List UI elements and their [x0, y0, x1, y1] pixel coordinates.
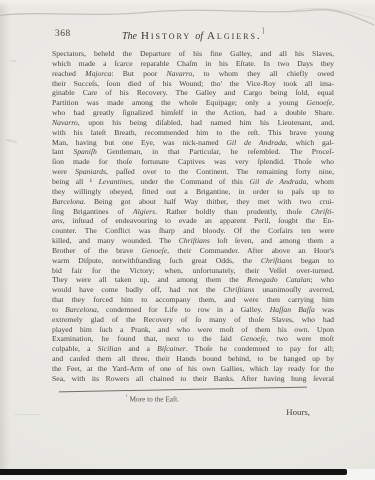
text-line: with his lateſt Breath, recommended him …	[52, 128, 334, 138]
roman-text: , inſtead of endeavouring to evade an ap…	[63, 216, 334, 225]
roman-text: ſion made for thoſe fortunate Captives w…	[52, 157, 334, 166]
running-title-the: The	[122, 31, 137, 42]
italic-text: Chriſtians	[223, 285, 254, 294]
text-line: Barcelona. Being got about half Way thit…	[52, 197, 334, 207]
roman-text: and cauſed them all three, their Hands b…	[52, 354, 334, 363]
italic-text: Barcelona	[52, 197, 84, 206]
roman-text: ginable Care of his Recovery. The Galley…	[52, 88, 334, 97]
scan-bottom-margin	[0, 469, 375, 480]
footnote-marker: ¹	[126, 394, 128, 400]
roman-text: Examination, he found that, next to the …	[52, 334, 240, 343]
roman-text: Gentleman, in that Particular, he reſemb…	[97, 147, 334, 156]
roman-text: : But poor	[111, 69, 166, 78]
text-line: the Feet, at the Yard-Arm of one of his …	[52, 364, 334, 374]
roman-text: unanimouſly averred,	[254, 285, 334, 294]
text-line: that they forced him to accompany them, …	[52, 295, 334, 305]
roman-text: , their Commander. After above an Hour's	[167, 246, 334, 255]
roman-text: , whom	[306, 177, 334, 186]
italic-text: Spaniſh	[73, 147, 97, 156]
italic-text: Sicilian	[98, 344, 122, 353]
text-line: Spectators, beheld the Departure of his …	[52, 49, 334, 59]
italic-text: Algiers	[133, 207, 155, 216]
roman-text: , under the Command of this	[132, 177, 249, 186]
running-title-of: of	[195, 31, 203, 42]
roman-text: Partition was made among the whole Equip…	[52, 98, 306, 107]
text-line: killed, and many wounded. The Chriſtians…	[52, 236, 334, 246]
text-line: ginable Care of his Recovery. The Galley…	[52, 88, 334, 98]
roman-text: They were all taken up, and among them t…	[52, 275, 247, 284]
roman-text: which made a ſcarce reparable Chaſm in h…	[52, 59, 334, 68]
body-text: Spectators, beheld the Departure of his …	[52, 49, 334, 384]
text-line: bid fair for the Victory; when, unfortun…	[52, 266, 334, 276]
scan-edge-bar	[0, 469, 347, 475]
roman-text: ,	[332, 98, 334, 107]
italic-text: Navarro	[167, 69, 193, 78]
roman-text: bid fair for the Victory; when, unfortun…	[52, 266, 334, 275]
text-line: Partition was made among the whole Equip…	[52, 98, 334, 108]
italic-text: Chriſtians	[261, 256, 292, 265]
roman-text: the Feet, at the Yard-Arm of one of his …	[52, 364, 334, 373]
roman-text: with his lateſt Breath, recommended him …	[52, 128, 334, 137]
scan-smudge	[10, 60, 16, 62]
text-line: extremely glad of the Recovery of ſo man…	[52, 315, 334, 325]
italic-text: Levantines	[99, 177, 132, 186]
roman-text: played him ſuch a Prank, and who were mo…	[52, 325, 334, 334]
text-line: Brother of the brave Genoeſe, their Comm…	[52, 246, 334, 256]
roman-text: ſing Brigantines of	[52, 207, 133, 216]
roman-text: their Succeſs, ſoon died of his Wound; t…	[52, 79, 334, 88]
roman-text: , paſſed over to the Continent. The rema…	[106, 167, 334, 176]
catchword: Hours,	[240, 407, 310, 417]
text-line: ſing Brigantines of Algiers. Rather bold…	[52, 207, 334, 217]
roman-text: were	[52, 167, 75, 176]
roman-text: , upon his being diſabled, had named him…	[78, 118, 334, 127]
text-line: ſion made for thoſe fortunate Captives w…	[52, 157, 334, 167]
italic-text: Barcelona	[65, 305, 97, 314]
roman-text: extremely glad of the Recovery of ſo man…	[52, 315, 334, 324]
roman-text: they willingly obeyed, fitted out a Brig…	[52, 187, 334, 196]
roman-text: . Rather boldly than prudently, thoſe	[155, 207, 311, 216]
roman-text: began to	[292, 256, 334, 265]
text-line: culpable, a Sicilian and a Biſcainer. Th…	[52, 344, 334, 354]
roman-text: , condemned for Life to row in a Galley.	[97, 305, 270, 314]
roman-text: to	[52, 305, 65, 314]
text-line: who had greatly ſignalized himſelf in th…	[52, 108, 334, 118]
roman-text: . Thoſe he condemned to pay for all;	[186, 344, 334, 353]
text-line: and cauſed them all three, their Hands b…	[52, 354, 334, 364]
italic-text: Spaniards	[75, 167, 106, 176]
roman-text: Spectators, beheld the Departure of his …	[52, 49, 334, 58]
roman-text: reached	[52, 69, 85, 78]
roman-text: would have come badly off, had not the	[52, 285, 223, 294]
text-line: to Barcelona, condemned for Life to row …	[52, 305, 334, 315]
roman-text: loſt ſeven, and among them a	[210, 236, 334, 245]
page-edge-curl	[0, 0, 375, 32]
text-line: played him ſuch a Prank, and who were mo…	[52, 325, 334, 335]
roman-text: , which gal-	[286, 138, 334, 147]
italic-text: Chriſti-	[311, 207, 334, 216]
roman-text: Man, having but one Eye, was nick-named	[52, 138, 226, 147]
text-line: Man, having but one Eye, was nick-named …	[52, 138, 334, 148]
text-line: Sea, with its Rowers all chained to thei…	[52, 374, 334, 384]
text-line: were Spaniards, paſſed over to the Conti…	[52, 167, 334, 177]
text-line: warm Diſpute, notwithſtanding ſuch great…	[52, 256, 334, 266]
italic-text: ans	[52, 216, 63, 225]
roman-text: who had greatly ſignalized himſelf in th…	[52, 108, 334, 117]
text-line: which made a ſcarce reparable Chaſm in h…	[52, 59, 334, 69]
italic-text: Gil de Andrada	[226, 138, 285, 147]
italic-text: Navarro	[52, 118, 78, 127]
roman-text: Sea, with its Rowers all chained to thei…	[52, 374, 334, 383]
scan-smudge	[6, 139, 17, 143]
italic-text: Haſſan Baſſa	[270, 305, 315, 314]
italic-text: Renegado Catalan	[247, 275, 311, 284]
text-line: Navarro, upon his being diſabled, had na…	[52, 118, 334, 128]
roman-text: that they forced him to accompany them, …	[52, 295, 334, 304]
roman-text: and a	[121, 344, 157, 353]
scan-smudge	[14, 414, 40, 415]
roman-text: was	[315, 305, 334, 314]
footnote-rule	[59, 387, 307, 393]
footnote-text: More to the Eaſt.	[129, 394, 178, 403]
italic-text: Chriſtians	[179, 236, 210, 245]
text-line: their Succeſs, ſoon died of his Wound; t…	[52, 79, 334, 89]
roman-text: ; who	[310, 275, 334, 284]
roman-text: , to whom they all chiefly owed	[192, 69, 334, 78]
italic-text: Genoeſe	[142, 246, 168, 255]
roman-text: killed, and many wounded. The	[52, 236, 179, 245]
roman-text: culpable, a	[52, 344, 98, 353]
text-line: being all ¹ Levantines, under the Comman…	[52, 177, 334, 187]
italic-text: Gil de Andrada	[249, 177, 306, 186]
text-line: lant Spaniſh Gentleman, in that Particul…	[52, 147, 334, 157]
text-line: Examination, he found that, next to the …	[52, 334, 334, 344]
italic-text: Genoeſe	[306, 98, 332, 107]
roman-text: , two were moſt	[266, 334, 334, 343]
text-line: They were all taken up, and among them t…	[52, 275, 334, 285]
italic-text: Majorca	[85, 69, 111, 78]
text-line: they willingly obeyed, fitted out a Brig…	[52, 187, 334, 197]
text-line: counter. The Conflict was ſharp and bloo…	[52, 226, 334, 236]
footnote: ¹ More to the Eaſt.	[126, 394, 179, 403]
roman-text: . Being got about half Way thither, they…	[84, 197, 334, 206]
text-line: would have come badly off, had not the C…	[52, 285, 334, 295]
roman-text: Brother of the brave	[52, 246, 142, 255]
scanned-book-page: 368 The History of Algiers.] Spectators,…	[0, 0, 375, 480]
roman-text: being all ¹	[52, 177, 99, 186]
italic-text: Biſcainer	[157, 344, 186, 353]
roman-text: warm Diſpute, notwithſtanding ſuch great…	[52, 256, 261, 265]
roman-text: lant	[52, 147, 73, 156]
text-line: ans, inſtead of endeavouring to evade an…	[52, 216, 334, 226]
roman-text: counter. The Conflict was ſharp and bloo…	[52, 226, 334, 235]
text-line: reached Majorca: But poor Navarro, to wh…	[52, 69, 334, 79]
italic-text: Genoeſe	[240, 334, 266, 343]
